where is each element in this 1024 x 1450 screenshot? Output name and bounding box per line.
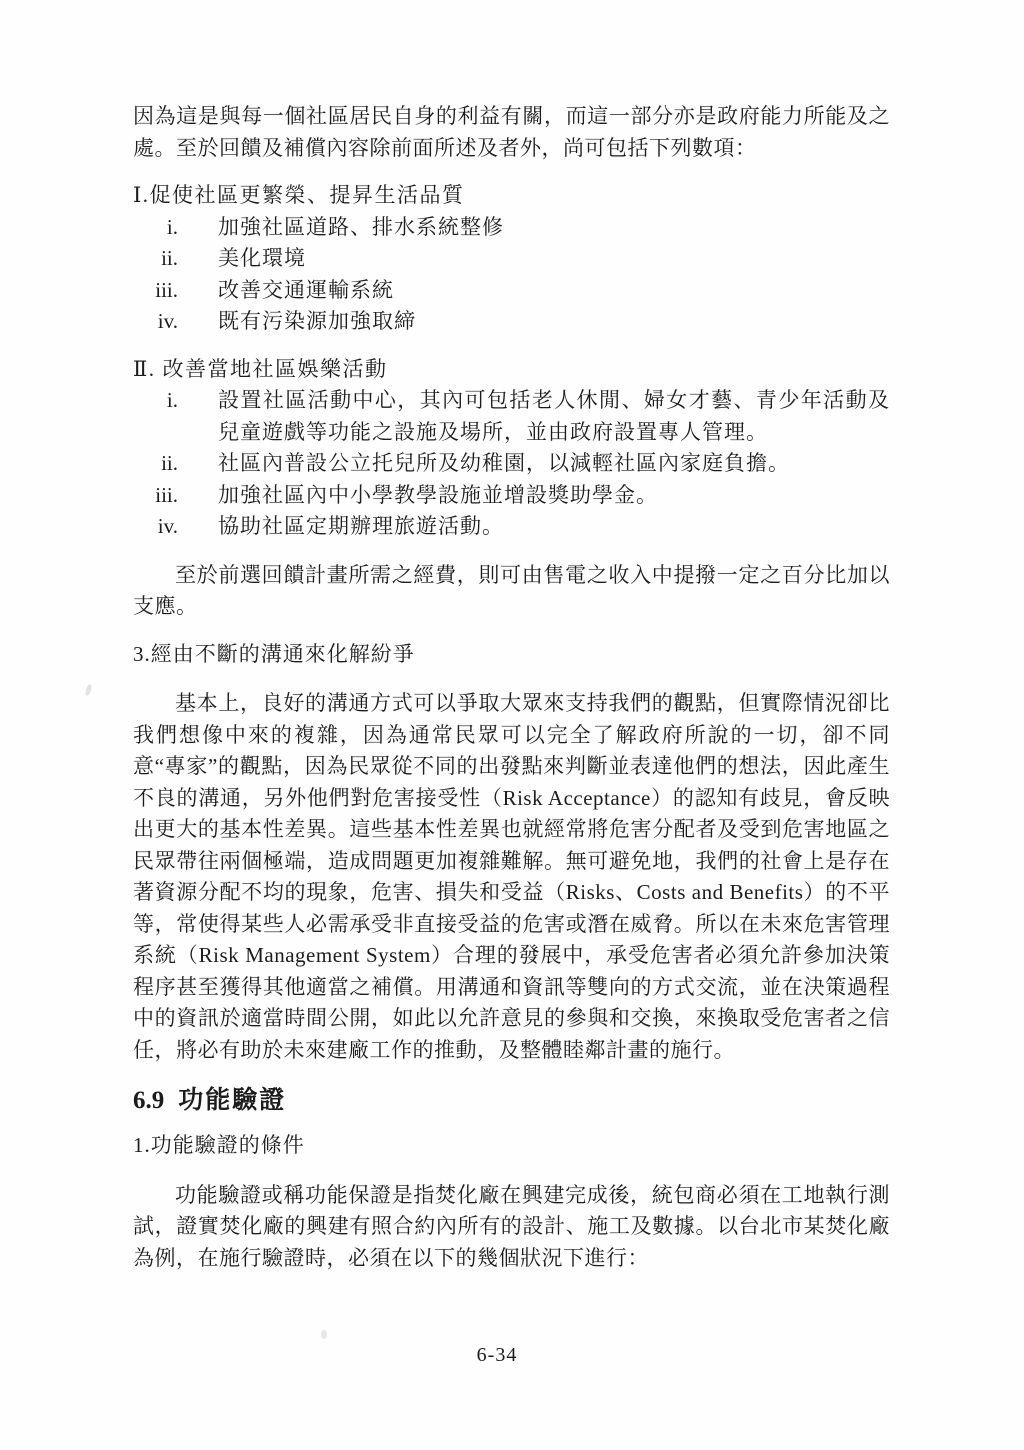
list-item: ii. 社區內普設公立托兒所及幼稚園，以減輕社區內家庭負擔。 — [133, 448, 890, 480]
list-item: iv. 既有污染源加強取締 — [133, 306, 890, 338]
list-item-marker: iii. — [133, 480, 178, 512]
list-item-text: 加強社區內中小學教學設施並增設獎助學金。 — [218, 480, 890, 512]
section-1-title: 促使社區更繁榮、提昇生活品質 — [150, 183, 465, 207]
page-number: 6-34 — [0, 1344, 994, 1367]
list-item-marker: ii. — [133, 243, 178, 275]
list-item-text: 設置社區活動中心，其內可包括老人休閒、婦女才藝、青少年活動及兒童遊戲等功能之設施… — [218, 385, 890, 448]
list-item-text: 加強社區道路、排水系統整修 — [218, 212, 890, 244]
section-3-heading: 3.經由不斷的溝通來化解紛爭 — [133, 639, 890, 671]
list-item: i. 加強社區道路、排水系統整修 — [133, 212, 890, 244]
list-item-marker: i. — [133, 385, 178, 448]
document-page: 因為這是與每一個社區居民自身的利益有關，而這一部分亦是政府能力所能及之處。至於回… — [0, 0, 1024, 1450]
section-1-marker: Ⅰ. — [133, 183, 150, 207]
list-item-marker: ii. — [133, 448, 178, 480]
list-item-marker: iii. — [133, 275, 178, 307]
section-2-heading: Ⅱ.改善當地社區娛樂活動 — [133, 354, 890, 386]
content-column: 因為這是與每一個社區居民自身的利益有關，而這一部分亦是政府能力所能及之處。至於回… — [133, 0, 890, 1274]
scan-artifact — [84, 684, 92, 697]
list-item-marker: iv. — [133, 511, 178, 543]
list-item: iii. 改善交通運輸系統 — [133, 275, 890, 307]
list-item: i. 設置社區活動中心，其內可包括老人休閒、婦女才藝、青少年活動及兒童遊戲等功能… — [133, 385, 890, 448]
scan-artifact — [321, 1330, 327, 1339]
subsection-1-heading: 1.功能驗證的條件 — [133, 1130, 890, 1162]
section-6-9-title: 功能驗證 — [178, 1087, 286, 1114]
subsection-1-paragraph: 功能驗證或稱功能保證是指焚化廠在興建完成後，統包商必須在工地執行測試，證實焚化廠… — [133, 1180, 890, 1275]
list-item-text: 改善交通運輸系統 — [218, 275, 890, 307]
funding-paragraph: 至於前選回饋計畫所需之經費，則可由售電之收入中提撥一定之百分比加以支應。 — [133, 560, 890, 623]
list-item-text: 既有污染源加強取締 — [218, 306, 890, 338]
section-2-marker: Ⅱ. — [133, 357, 156, 381]
section-2-list: i. 設置社區活動中心，其內可包括老人休閒、婦女才藝、青少年活動及兒童遊戲等功能… — [133, 385, 890, 543]
list-item-text: 協助社區定期辦理旅遊活動。 — [218, 511, 890, 543]
intro-paragraph: 因為這是與每一個社區居民自身的利益有關，而這一部分亦是政府能力所能及之處。至於回… — [133, 101, 890, 164]
list-item: iii. 加強社區內中小學教學設施並增設獎助學金。 — [133, 480, 890, 512]
section-1-list: i. 加強社區道路、排水系統整修 ii. 美化環境 iii. 改善交通運輸系統 … — [133, 212, 890, 338]
list-item-marker: iv. — [133, 306, 178, 338]
list-item-text: 社區內普設公立托兒所及幼稚園，以減輕社區內家庭負擔。 — [218, 448, 890, 480]
section-1-heading: Ⅰ.促使社區更繁榮、提昇生活品質 — [133, 180, 890, 212]
section-2-title: 改善當地社區娛樂活動 — [163, 357, 388, 381]
list-item: ii. 美化環境 — [133, 243, 890, 275]
list-item-marker: i. — [133, 212, 178, 244]
list-item-text: 美化環境 — [218, 243, 890, 275]
section-6-9-number: 6.9 — [133, 1087, 164, 1114]
section-6-9-heading: 6.9功能驗證 — [133, 1084, 890, 1118]
list-item: iv. 協助社區定期辦理旅遊活動。 — [133, 511, 890, 543]
section-3-paragraph: 基本上，良好的溝通方式可以爭取大眾來支持我們的觀點，但實際情況卻比我們想像中來的… — [133, 688, 890, 1066]
